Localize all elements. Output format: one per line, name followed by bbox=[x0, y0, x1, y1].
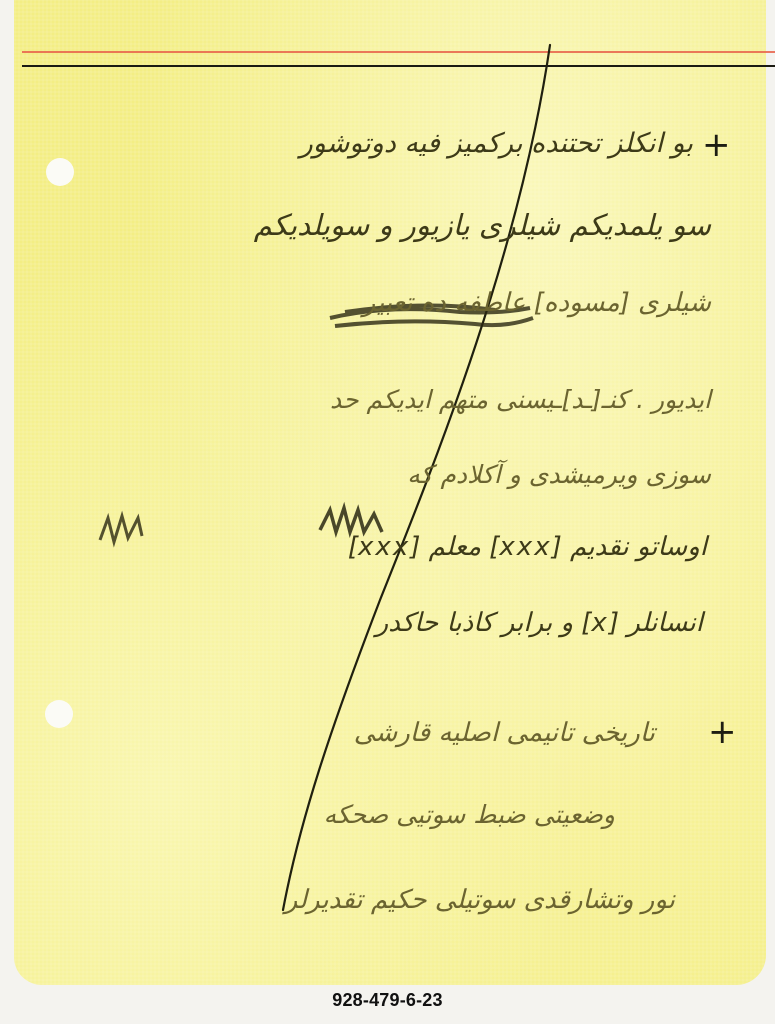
cross-mark-icon: + bbox=[708, 715, 737, 749]
manuscript-line-9: وضعیتی ضبط سوتیی صحکه bbox=[324, 800, 615, 829]
manuscript-line-1: بو انکلز تحتنده برکمیز فیه دوتوشور bbox=[300, 128, 693, 159]
manuscript-line-8: تاریخی تانیمی اصلیه قارشی bbox=[354, 718, 655, 748]
manuscript-line-5: سوزی ویرمیشدی و آکلادم که bbox=[407, 460, 711, 489]
manuscript-line-10: نور وتشارقدی سوتیلی حکیم تقدیرلر bbox=[285, 885, 675, 915]
cross-mark-icon: + bbox=[702, 128, 731, 162]
manuscript-line-3: شیلری [مسوده] عاطفه ده تعبیر bbox=[363, 288, 711, 318]
archive-reference-number: 928-479-6-23 bbox=[0, 990, 775, 1011]
manuscript-line-6: اوساتو نقدیم [xxx] معلم [xxx] bbox=[348, 532, 707, 562]
manuscript-line-7: انسانلر [x] و برابر کاذبا حاکدر bbox=[376, 608, 703, 638]
manuscript-line-2: سو یلمدیکم شیلری یازیور و سویلدیکم bbox=[254, 208, 711, 242]
handwriting-layer: + + بو انکلز تحتنده برکمیز فیه دوتوشور س… bbox=[0, 0, 775, 1024]
manuscript-line-4: ایدیور . کنـ[ـد]ـیسنی متهم ایدیکم حد bbox=[330, 385, 711, 414]
